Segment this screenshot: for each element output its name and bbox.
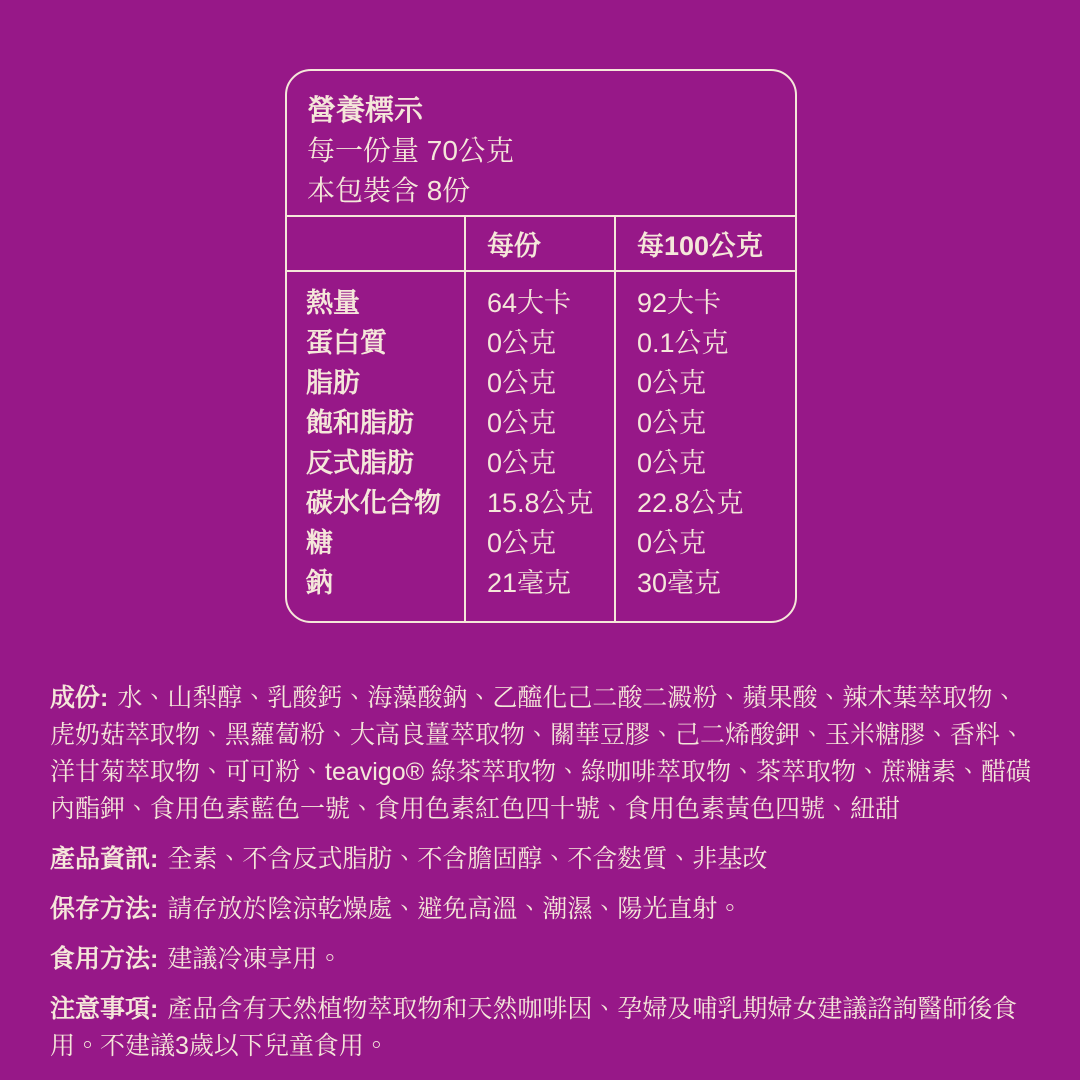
per-serving-value: 0公克: [466, 403, 614, 443]
nutrition-facts-panel: 營養標示 每一份量 70公克 本包裝含 8份 熱量 蛋白質 脂肪 飽和脂肪 反式…: [285, 69, 797, 623]
nutrition-table-per-100g-column: 每100公克 92大卡 0.1公克 0公克 0公克 0公克 22.8公克 0公克…: [614, 217, 795, 621]
per-serving-value: 15.8公克: [466, 483, 614, 523]
ingredients-label: 成份:: [50, 684, 108, 712]
usage-text: 建議冷凍享用。: [167, 945, 342, 973]
table-header-per-serving: 每份: [466, 217, 614, 272]
per-100g-value: 30毫克: [616, 563, 795, 603]
product-info-paragraph: 產品資訊:全素、不含反式脂肪、不含膽固醇、不含麩質、非基改: [50, 841, 1040, 878]
caution-label: 注意事項:: [50, 995, 158, 1023]
nutrition-table: 熱量 蛋白質 脂肪 飽和脂肪 反式脂肪 碳水化合物 糖 鈉 每份 64大卡 0公…: [287, 215, 795, 621]
row-label: 蛋白質: [287, 323, 464, 363]
servings-per-pack-line: 本包裝含 8份: [307, 171, 775, 211]
row-label: 糖: [287, 523, 464, 563]
storage-text: 請存放於陰涼乾燥處、避免高溫、潮濕、陽光直射。: [167, 895, 742, 923]
table-header-per-100g: 每100公克: [616, 217, 795, 272]
table-header-empty: [287, 217, 464, 272]
per-100g-value: 0.1公克: [616, 323, 795, 363]
product-info-text: 全素、不含反式脂肪、不含膽固醇、不含麩質、非基改: [167, 845, 767, 873]
per-100g-value: 92大卡: [616, 283, 795, 323]
row-label: 鈉: [287, 563, 464, 603]
per-100g-value: 0公克: [616, 443, 795, 483]
caution-paragraph: 注意事項:產品含有天然植物萃取物和天然咖啡因、孕婦及哺乳期婦女建議諮詢醫師後食用…: [50, 991, 1040, 1065]
product-label-back: 營養標示 每一份量 70公克 本包裝含 8份 熱量 蛋白質 脂肪 飽和脂肪 反式…: [0, 0, 1080, 1080]
usage-label: 食用方法:: [50, 945, 158, 973]
serving-size-line: 每一份量 70公克: [307, 131, 775, 171]
per-100g-value: 0公克: [616, 403, 795, 443]
nutrition-panel-intro: 營養標示 每一份量 70公克 本包裝含 8份: [287, 71, 795, 215]
usage-paragraph: 食用方法:建議冷凍享用。: [50, 941, 1040, 978]
row-label: 熱量: [287, 283, 464, 323]
per-100g-value: 22.8公克: [616, 483, 795, 523]
ingredients-paragraph: 成份:水、山梨醇、乳酸鈣、海藻酸鈉、乙醯化己二酸二澱粉、蘋果酸、辣木葉萃取物、虎…: [50, 680, 1040, 828]
product-info-label: 產品資訊:: [50, 845, 158, 873]
per-serving-value: 0公克: [466, 523, 614, 563]
ingredients-text: 水、山梨醇、乳酸鈣、海藻酸鈉、乙醯化己二酸二澱粉、蘋果酸、辣木葉萃取物、虎奶菇萃…: [50, 684, 1031, 823]
per-serving-value: 0公克: [466, 323, 614, 363]
nutrition-title: 營養標示: [307, 91, 775, 131]
per-100g-cells: 92大卡 0.1公克 0公克 0公克 0公克 22.8公克 0公克 30毫克: [616, 272, 795, 603]
row-label: 碳水化合物: [287, 483, 464, 523]
label-cells: 熱量 蛋白質 脂肪 飽和脂肪 反式脂肪 碳水化合物 糖 鈉: [287, 272, 464, 603]
per-serving-cells: 64大卡 0公克 0公克 0公克 0公克 15.8公克 0公克 21毫克: [466, 272, 614, 603]
row-label: 飽和脂肪: [287, 403, 464, 443]
per-100g-value: 0公克: [616, 363, 795, 403]
per-serving-value: 0公克: [466, 443, 614, 483]
row-label: 脂肪: [287, 363, 464, 403]
per-100g-value: 0公克: [616, 523, 795, 563]
storage-label: 保存方法:: [50, 895, 158, 923]
product-info-block: 成份:水、山梨醇、乳酸鈣、海藻酸鈉、乙醯化己二酸二澱粉、蘋果酸、辣木葉萃取物、虎…: [50, 680, 1040, 1078]
per-serving-value: 0公克: [466, 363, 614, 403]
nutrition-table-per-serving-column: 每份 64大卡 0公克 0公克 0公克 0公克 15.8公克 0公克 21毫克: [464, 217, 614, 621]
nutrition-table-label-column: 熱量 蛋白質 脂肪 飽和脂肪 反式脂肪 碳水化合物 糖 鈉: [287, 217, 464, 621]
caution-text: 產品含有天然植物萃取物和天然咖啡因、孕婦及哺乳期婦女建議諮詢醫師後食用。不建議3…: [50, 995, 1017, 1060]
per-serving-value: 21毫克: [466, 563, 614, 603]
row-label: 反式脂肪: [287, 443, 464, 483]
storage-paragraph: 保存方法:請存放於陰涼乾燥處、避免高溫、潮濕、陽光直射。: [50, 891, 1040, 928]
per-serving-value: 64大卡: [466, 283, 614, 323]
